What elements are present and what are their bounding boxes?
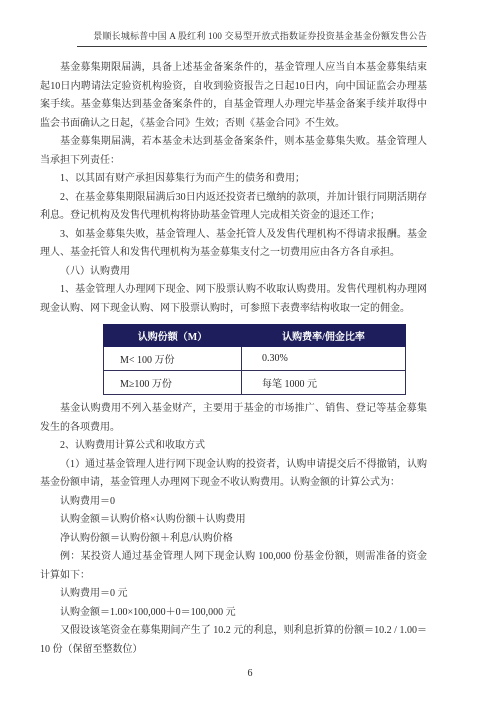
table-cell: M< 100 万份 — [104, 347, 242, 371]
text-line: 基金认购费用不列入基金财产，主要用于基金的市场推广、销售、登记等基金募集期间 — [40, 400, 427, 419]
text-line: 认购费用＝0 — [40, 493, 427, 512]
text-line: 监会书面确认之日起，《基金合同》生效；否则《基金合同》不生效。 — [40, 115, 427, 134]
table-header-cell: 认购费率/佣金比率 — [242, 325, 406, 347]
text-line: 3、如基金募集失败，基金管理人、基金托管人及发售代理机构不得请求报酬。基金管 — [40, 226, 427, 245]
text-line: 现金认购、网下现金认购、网下股票认购时，可参照下表费率结构收取一定的佣金。 — [40, 300, 427, 319]
text-line: （八）认购费用 — [40, 263, 427, 282]
text-line: 10 份（保留至整数位） — [40, 641, 427, 660]
text-line: 理人、基金托管人和发售代理机构为基金募集支付之一切费用应由各方各自承担。 — [40, 244, 427, 263]
text-line: 案手续。基金募集达到基金备案条件的，自基金管理人办理完毕基金备案手续并取得中国证 — [40, 96, 427, 115]
text-line: 1、基金管理人办理网下现金、网下股票认购不收取认购费用。发售代理机构办理网上 — [40, 281, 427, 300]
document-title: 景顺长城标普中国 A 股红利 100 交易型开放式指数证券投资基金基金份额发售公… — [77, 31, 427, 47]
text-line: 计算如下： — [40, 567, 427, 586]
text-line: 当承担下列责任： — [40, 152, 427, 171]
subscription-fee-table: 认购份额（M）认购费率/佣金比率M< 100 万份0.30%M≥100 万份每笔… — [103, 324, 406, 395]
text-line: 2、在基金募集期限届满后30日内返还投资者已缴纳的款项，并加计银行同期活期存款 — [40, 189, 427, 208]
text-line: 例：某投资人通过基金管理人网下现金认购 100,000 份基金份额，则需准备的资… — [40, 548, 427, 567]
text-line: 基金份额申请，基金管理人办理网下现金不收认购费用。认购金额的计算公式为： — [40, 474, 427, 493]
text-line: 净认购份额＝认购份额＋利息/认购价格 — [40, 530, 427, 549]
table-cell: M≥100 万份 — [104, 371, 242, 395]
text-line: 1、以其固有财产承担因募集行为而产生的债务和费用； — [40, 170, 427, 189]
table-row: M≥100 万份每笔 1000 元 — [104, 371, 406, 395]
text-line: 认购金额＝1.00×100,000＋0＝100,000 元 — [40, 604, 427, 623]
text-line: 发生的各项费用。 — [40, 419, 427, 438]
table-header-row: 认购份额（M）认购费率/佣金比率 — [104, 325, 406, 347]
text-line: 基金募集期届满，若本基金未达到基金备案条件，则本基金募集失败。基金管理人应 — [40, 133, 427, 152]
table-header-cell: 认购份额（M） — [104, 325, 242, 347]
text-line: 认购费用＝0 元 — [40, 585, 427, 604]
text-line: 基金募集期限届满，具备上述基金备案条件的，基金管理人应当自本基金募集结束之日 — [40, 59, 427, 78]
text-line: 利息。登记机构及发售代理机构将协助基金管理人完成相关资金的退还工作； — [40, 207, 427, 226]
table-row: M< 100 万份0.30% — [104, 347, 406, 371]
text-line: 认购金额＝认购价格×认购份额＋认购费用 — [40, 511, 427, 530]
text-line: 2、认购费用计算公式和收取方式 — [40, 437, 427, 456]
document-body: 基金募集期限届满，具备上述基金备案条件的，基金管理人应当自本基金募集结束之日起1… — [40, 59, 427, 659]
table-cell: 0.30% — [242, 347, 406, 371]
text-line: （1）通过基金管理人进行网下现金认购的投资者，认购申请提交后不得撤销，认购以 — [40, 456, 427, 475]
page-number: 6 — [0, 668, 500, 679]
table-cell: 每笔 1000 元 — [242, 371, 406, 395]
text-line: 又假设该笔资金在募集期间产生了 10.2 元的利息，则利息折算的份额＝10.2 … — [40, 622, 427, 641]
text-line: 起10日内聘请法定验资机构验资，自收到验资报告之日起10日内，向中国证监会办理基… — [40, 78, 427, 97]
document-page: 景顺长城标普中国 A 股红利 100 交易型开放式指数证券投资基金基金份额发售公… — [0, 0, 500, 707]
